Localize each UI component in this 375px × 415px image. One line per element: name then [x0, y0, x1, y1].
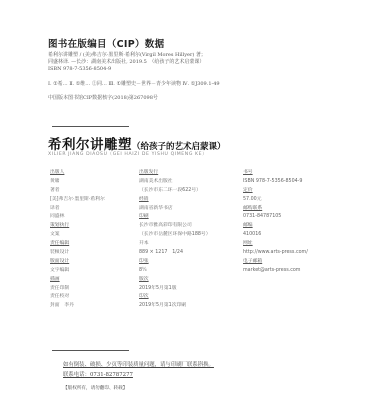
footer-divider — [52, 350, 129, 351]
colophon-value: 长沙市雅高彩印有限公司 — [139, 222, 211, 231]
colophon-value: 译者 — [50, 205, 105, 214]
colophon-label: 出版人 — [50, 169, 105, 178]
colophon-label: 版次 — [139, 276, 211, 285]
cip-isbn: ISBN 978-7-5356-8504-9 — [48, 66, 111, 73]
colophon-value: 文案 — [50, 231, 105, 240]
colophon-label: 版面设计 — [50, 258, 105, 267]
colophon-value: （长沙市东二环一段622号） — [139, 187, 211, 196]
colophon-value: 410016 — [243, 231, 308, 240]
colophon-label: 电子邮箱 — [243, 258, 308, 267]
colophon-value: 开本 — [139, 240, 211, 249]
colophon-value: 黄啸 — [50, 178, 105, 187]
quality-notice: 如有倒装、破损、少页等印装质量问题，请与印刷厂联系斟换。 — [63, 360, 214, 368]
colophon-value: 责任印制 — [50, 285, 105, 294]
colophon-value: 889 × 1217 1/24 — [139, 249, 211, 258]
cip-title: 图书在版编目（CIP）数据 — [48, 36, 164, 50]
colophon-value: 2019年5月第1版 — [139, 285, 211, 294]
colophon-value: 湖南省新华书店 — [139, 205, 211, 214]
cip-line-2: 同盛林译. —长沙：湖南美术出版社, 2019.5 （给孩子的艺术启蒙课） — [48, 59, 204, 66]
colophon-label: 网址 — [243, 240, 308, 249]
colophon-label: 策划执行 — [50, 222, 105, 231]
colophon-label: 印刷 — [139, 213, 211, 222]
colophon-value: 封面 李丹 — [50, 302, 105, 311]
colophon-label: 经销 — [139, 196, 211, 205]
colophon-value: http://www.arts-press.com/ — [243, 249, 308, 258]
colophon-label: 出版发行 — [139, 169, 211, 178]
colophon-value: 责任校对 — [50, 293, 105, 302]
colophon-column-3: 书号ISBN 978-7-5356-8504-9定价57.00元邮购联系0731… — [243, 169, 308, 276]
colophon-value: 装帧设计 — [50, 249, 105, 258]
colophon-value: 8¼ — [139, 267, 211, 276]
colophon-label: 定价 — [243, 187, 308, 196]
colophon-value: （长沙市岳麓区环保中路188号） — [139, 231, 211, 240]
colophon-value: [美]弗吉尔·墨里斯·希利尔 — [50, 196, 105, 205]
colophon-value: 57.00元 — [243, 196, 308, 205]
colophon-column-1: 出版人黄啸著者[美]弗吉尔·墨里斯·希利尔译者同盛林策划执行文案责任编辑装帧设计… — [50, 169, 105, 311]
contact-phone: 联系电话：0731-82787277 — [63, 370, 133, 378]
colophon-label: 邮购联系 — [243, 205, 308, 214]
cip-number: 中国版本图书馆CIP数据核字(2018)第267098号 — [48, 95, 158, 102]
rights-notice: 【版权所有，请勿翻印、转载】 — [63, 385, 127, 391]
book-title: 希利尔讲雕塑（给孩子的艺术启蒙课） — [48, 133, 226, 153]
colophon-value: 同盛林 — [50, 213, 105, 222]
colophon-value: 0731-84787105 — [243, 213, 308, 222]
cip-line-1: 希利尔讲雕塑 / (美)弗吉尔·墨里斯·希利尔(Virgil Mores Hil… — [48, 52, 206, 59]
cip-classification: Ⅰ. ①希… Ⅱ. ①维… ②同… Ⅲ. ①雕塑史－世界－青少年读物 Ⅳ. ①J… — [48, 81, 220, 88]
book-pinyin: XILIER JIANG DIAOSU（GEI HAIZI DE YISHU Q… — [48, 151, 207, 157]
colophon-label: 印张 — [139, 258, 211, 267]
colophon-value: 著者 — [50, 187, 105, 196]
colophon-value: 湖南美术出版社 — [139, 178, 211, 187]
colophon-label: 插画 — [50, 276, 105, 285]
colophon-value: ISBN 978-7-5356-8504-9 — [243, 178, 308, 187]
colophon-column-2: 出版发行湖南美术出版社（长沙市东二环一段622号）经销湖南省新华书店印刷长沙市雅… — [139, 169, 211, 311]
title-divider — [52, 126, 129, 127]
colophon-value: 2019年5月第1次印刷 — [139, 302, 211, 311]
colophon-label: 印次 — [139, 293, 211, 302]
colophon-value: market@arts-press.com — [243, 267, 308, 276]
colophon-label: 书号 — [243, 169, 308, 178]
colophon-value: 文字编辑 — [50, 267, 105, 276]
colophon-label: 责任编辑 — [50, 240, 105, 249]
colophon-label: 邮编 — [243, 222, 308, 231]
